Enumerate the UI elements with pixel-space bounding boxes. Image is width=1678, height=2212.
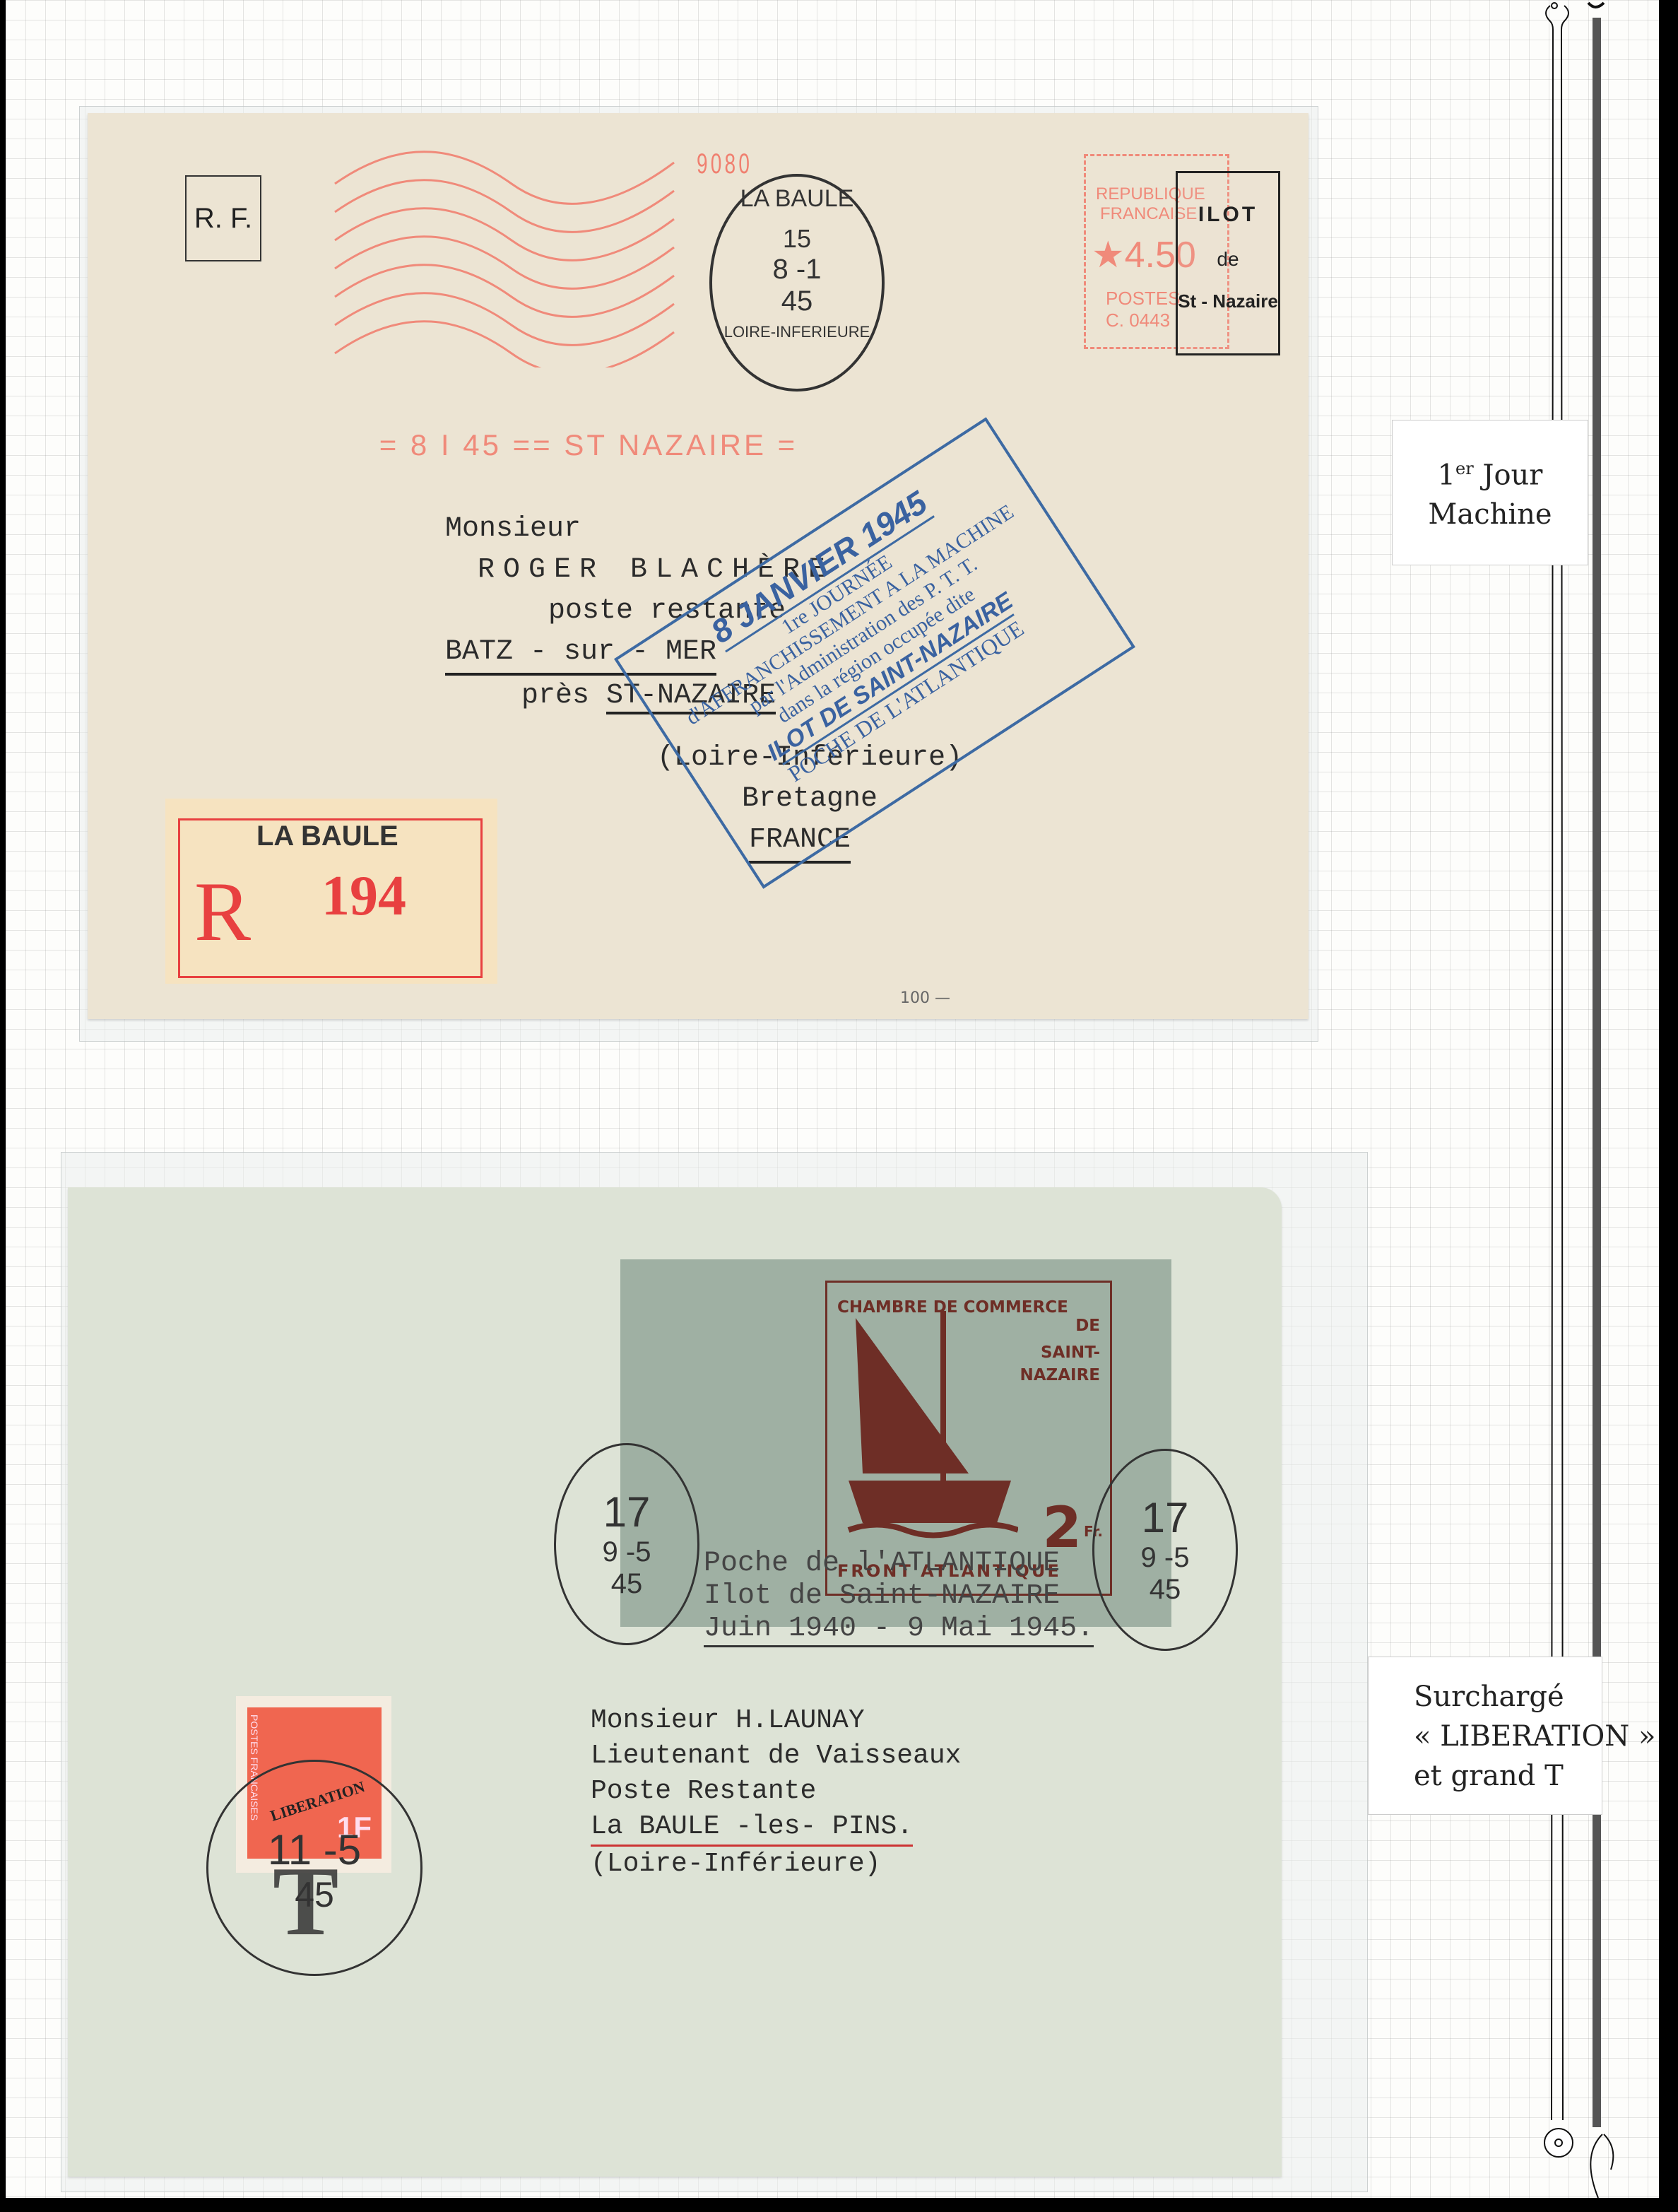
note-liberation-overprint: Surchargé « LIBERATION » et grand T	[1368, 1657, 1602, 1815]
ilot-line1: ILOT	[1178, 203, 1278, 227]
baule-postmark-right: 17 9 -5 45	[1092, 1449, 1238, 1651]
meter-wavy-lines	[321, 141, 688, 367]
slogan-date: 8 I 45	[410, 428, 502, 461]
meter-slogan: = 8 I 45 == ST NAZAIRE =	[335, 394, 798, 496]
slogan-town: ST NAZAIRE	[564, 428, 767, 461]
registration-label: LA BAULE R 194	[165, 799, 497, 984]
postmark-hour: 15	[712, 224, 882, 254]
postmark-dept: LOIRE-INFERIEURE	[712, 323, 882, 341]
address-line: (Loire-Inférieure)	[591, 1847, 962, 1882]
cover-poche-atlantique: CHAMBRE DE COMMERCE DE SAINT- NAZAIRE 2 …	[68, 1187, 1282, 2177]
poche-atlantique-slogan: Poche de l'ATLANTIQUE Ilot de Saint-NAZA…	[704, 1548, 1094, 1647]
postmark-date: 9 -5	[556, 1536, 697, 1568]
baule-postmark-left: 17 9 -5 45	[554, 1443, 699, 1645]
pencil-price: 100 —	[900, 989, 950, 1007]
address-line: près	[521, 680, 589, 712]
postmark-hour: 17	[1094, 1493, 1236, 1542]
reg-number: 194	[321, 864, 406, 929]
postmark-hour: 17	[556, 1488, 697, 1536]
rf-text: R. F.	[194, 203, 252, 235]
note-text: 1	[1438, 459, 1455, 491]
address-line: Poste Restante	[591, 1774, 962, 1809]
ilot-overprint-box: ILOT de St - Nazaire	[1176, 171, 1280, 355]
address-line: Monsieur H.LAUNAY	[591, 1703, 962, 1739]
meter-serial: 9080	[697, 148, 752, 180]
recipient-address-2: Monsieur H.LAUNAY Lieutenant de Vaisseau…	[591, 1703, 962, 1882]
address-line: La BAULE -les- PINS.	[591, 1809, 913, 1847]
postmark-date: 9 -5	[1094, 1542, 1236, 1574]
note-text: Surchargé	[1414, 1677, 1602, 1717]
postmark-year: 45	[712, 286, 882, 317]
slogan-line: Poche de l'ATLANTIQUE	[704, 1548, 1094, 1580]
note-text: er	[1455, 459, 1474, 478]
note-text: Machine	[1393, 495, 1588, 534]
note-text: Jour	[1482, 459, 1542, 491]
reg-letter: R	[194, 863, 251, 960]
address-line: Lieutenant de Vaisseaux	[591, 1739, 962, 1774]
slogan-line: Juin 1940 - 9 Mai 1945.	[704, 1613, 1094, 1647]
note-text: « LIBERATION »	[1414, 1717, 1602, 1756]
postmark-town: LA BAULE	[712, 185, 882, 213]
slogan-line: Ilot de Saint-NAZAIRE	[704, 1580, 1094, 1613]
ilot-line3: St - Nazaire	[1178, 290, 1278, 312]
reg-office: LA BAULE	[256, 820, 398, 852]
rf-box: R. F.	[185, 175, 261, 261]
binder-ring-decoration	[1519, 0, 1678, 2212]
note-first-day-machine: 1er Jour Machine	[1392, 420, 1588, 565]
note-text: et grand T	[1414, 1756, 1602, 1796]
ilot-line2: de	[1178, 248, 1278, 271]
ship-icon	[841, 1311, 1018, 1558]
postmark-date: 8 -1	[712, 254, 882, 286]
la-baule-postmark: LA BAULE 15 8 -1 45 LOIRE-INFERIEURE	[709, 174, 885, 392]
postmark-year: 45	[556, 1568, 697, 1600]
grand-t-overprint: T	[273, 1845, 338, 1958]
registered-cover-la-baule: R. F. 9080 LA BAULE 15 8 -1 45 LOIRE-INF…	[88, 113, 1308, 1019]
postmark-year: 45	[1094, 1574, 1236, 1606]
